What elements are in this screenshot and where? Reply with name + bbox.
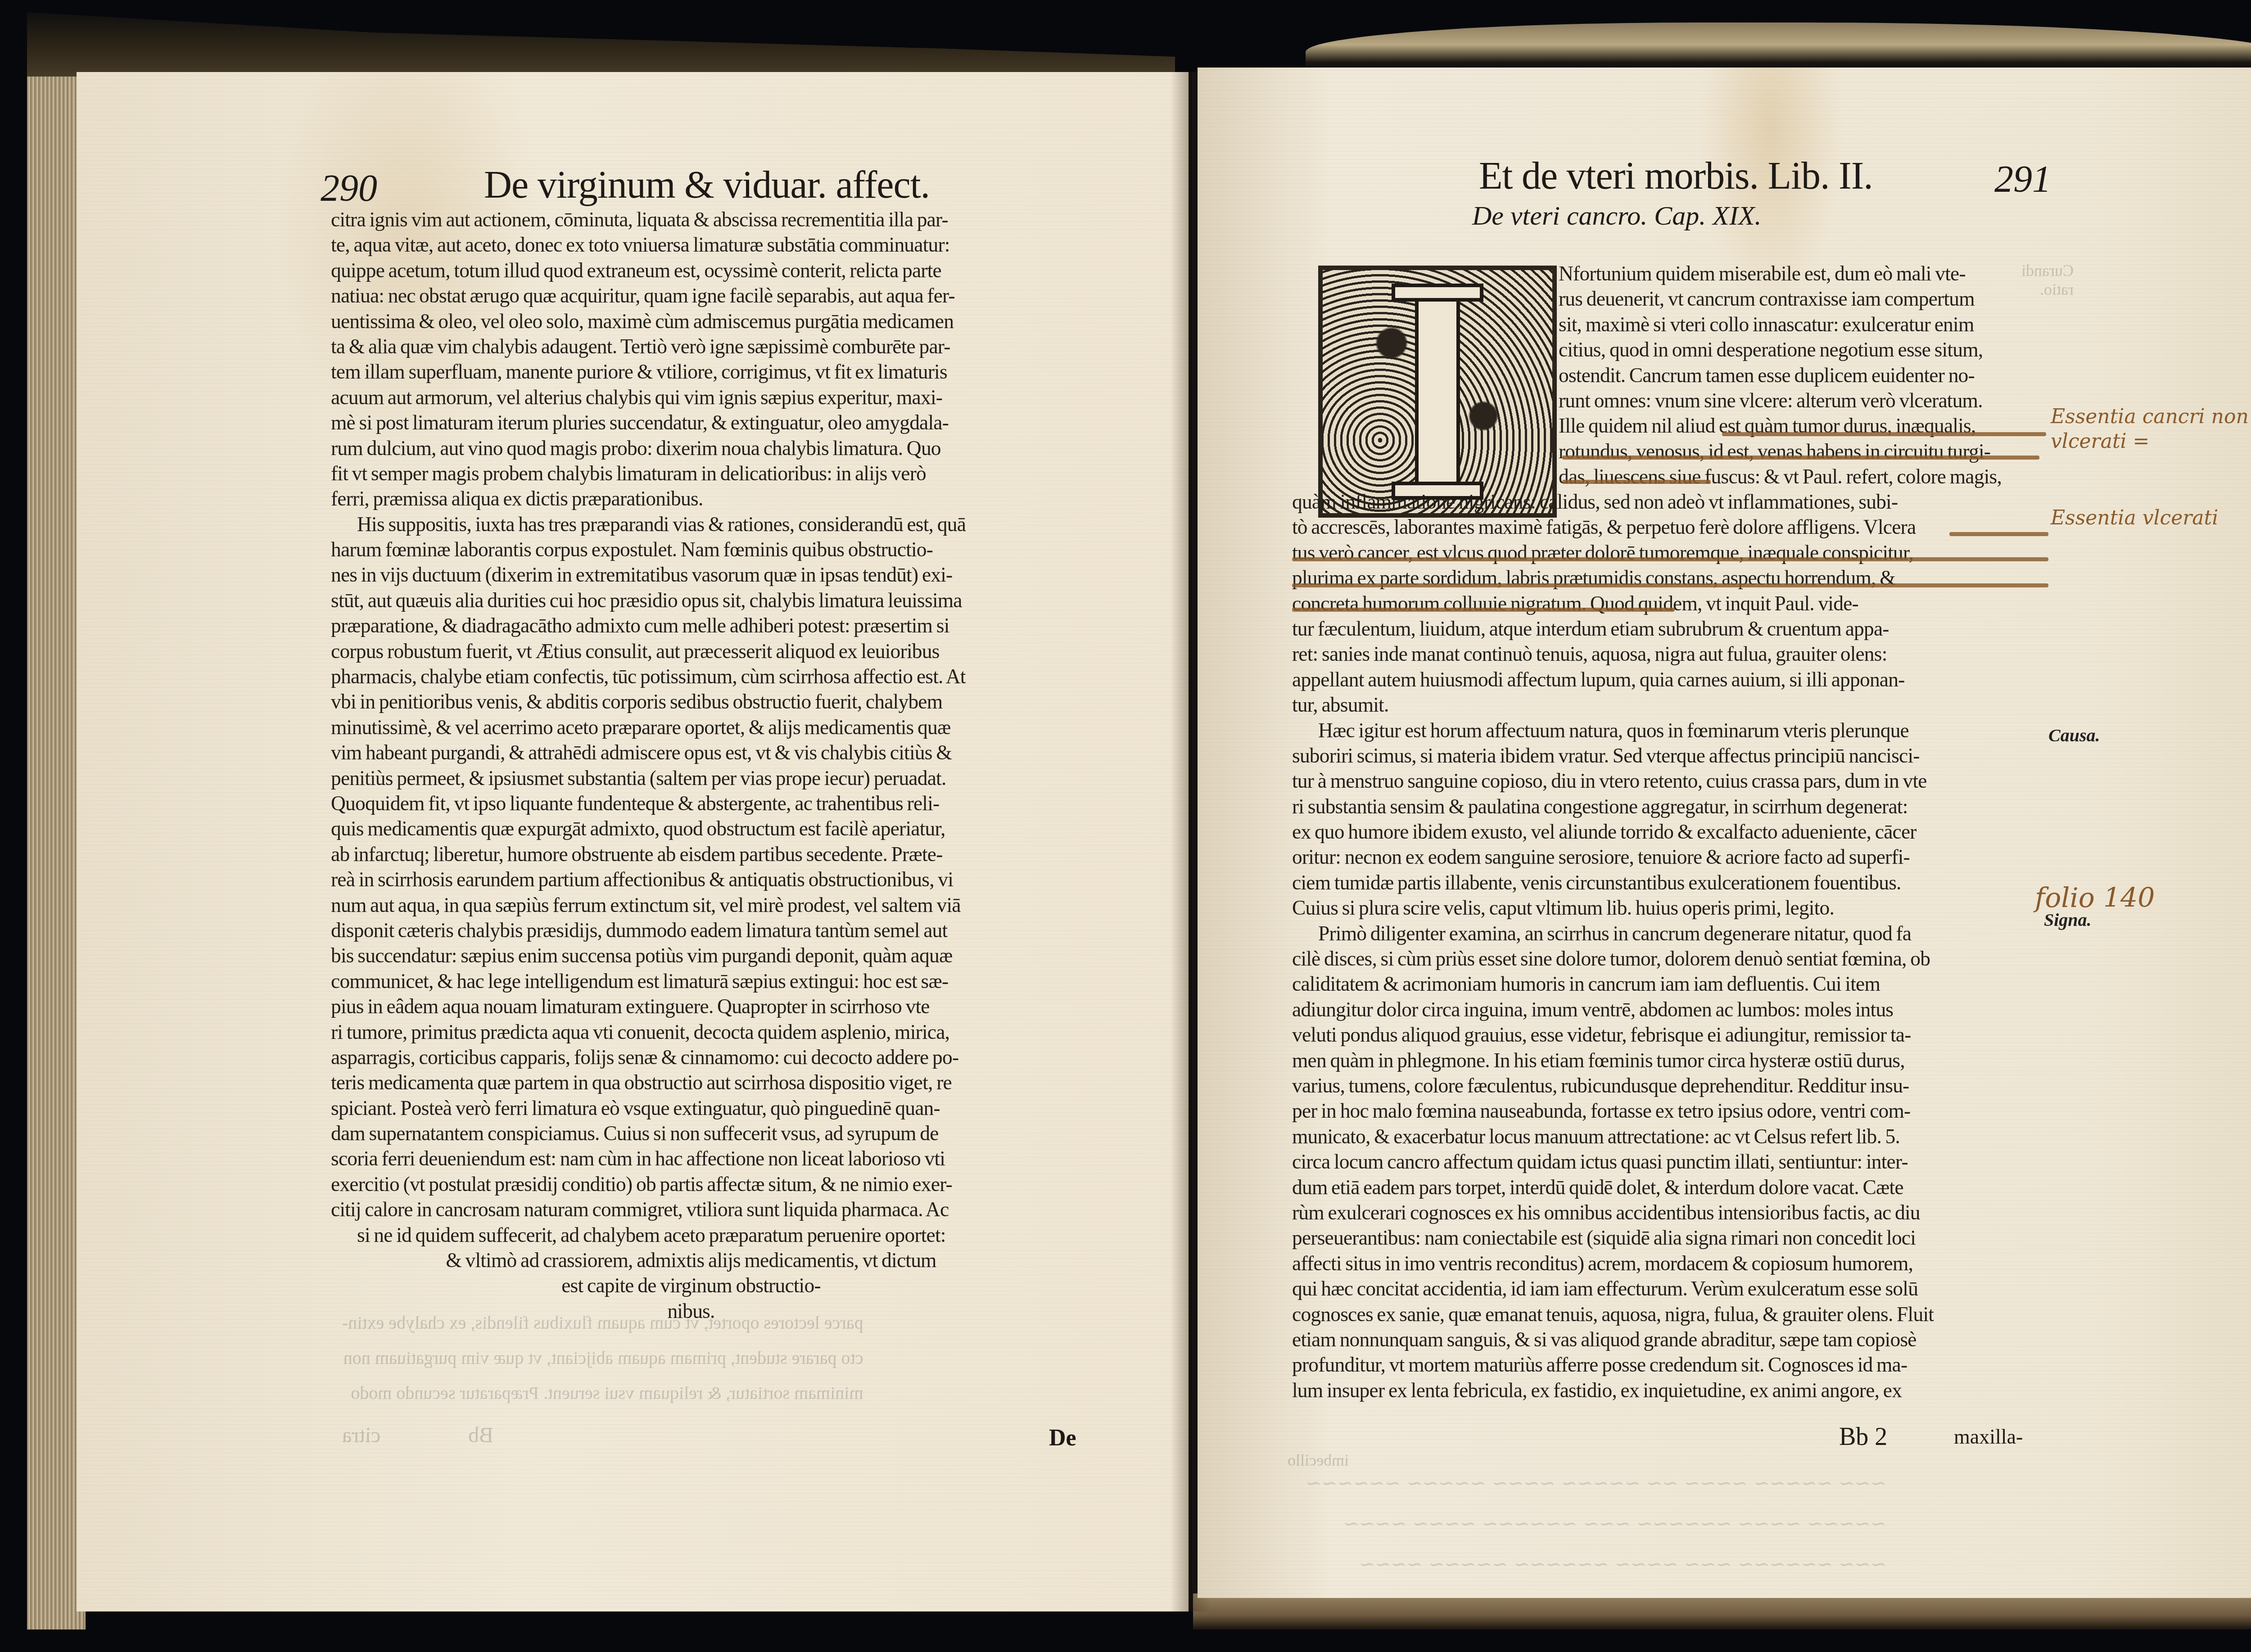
text-line: varius, tumens, colore fæculentus, rubic… (1292, 1073, 2048, 1098)
text-line: rum dulcium, aut vino quod magis probo: … (331, 436, 1051, 461)
text-line: acuum aut armorum, vel alterius chalybis… (331, 385, 1051, 410)
text-line: adiungitur dolor circa inguina, imum ven… (1292, 997, 2048, 1022)
text-line: dam supernatantem conspiciamus. Cuius si… (331, 1121, 1051, 1146)
right-page-body: quàm inflammatione nigricans: calidus, s… (1292, 489, 2048, 1403)
text-line: corpus robustum fuerit, vt Ætius consuli… (331, 639, 1051, 664)
decorated-initial-letter (1415, 284, 1460, 498)
text-line: natiua: nec obstat ærugo quæ acquiritur,… (331, 283, 1051, 308)
text-line: per in hoc malo fœmina nauseabunda, fort… (1292, 1098, 2048, 1124)
handwritten-note: vlcerati = (2051, 430, 2149, 453)
text-line: quàm inflammatione nigricans: calidus, s… (1292, 489, 2048, 515)
left-page-body: citra ignis vim aut actionem, cōminuta, … (331, 207, 1051, 1324)
text-line: men quàm in phlegmone. In his etiam fœmi… (1292, 1048, 2048, 1073)
text-line: rus deuenerit, vt cancrum contraxisse ia… (1559, 286, 2049, 311)
text-line: runt omnes: vnum sine vlcere: alterum ve… (1559, 388, 2049, 413)
book-tail-edge (1193, 1593, 2251, 1629)
text-line: concreta humorum colluuie nigratum. Quod… (1292, 591, 2048, 616)
text-line: spiciant. Posteà verò ferri limatura eò … (331, 1096, 1051, 1121)
ink-underline (1722, 432, 2046, 436)
text-line: cognosces ex sanie, quæ emanat tenuis, a… (1292, 1302, 2048, 1327)
text-line: mè si post limaturam iterum pluries succ… (331, 410, 1051, 435)
text-line: quippe acetum, totum illud quod extraneu… (331, 258, 1051, 283)
running-head-right: Et de vteri morbis. Lib. II. (1479, 153, 1873, 198)
text-line: tur à menstruo sanguine copioso, diu in … (1292, 768, 2048, 794)
text-line: etiam nonnunquam sanguis, & si vas aliqu… (1292, 1327, 2048, 1352)
text-line: communicet, & hac lege intelligendum est… (331, 969, 1051, 994)
text-line: Nfortunium quidem miserabile est, dum eò… (1559, 261, 2049, 286)
chapter-title: De vteri cancro. Cap. XIX. (1472, 200, 1762, 231)
text-line: vbi in penitioribus venis, & abditis cor… (331, 689, 1051, 714)
text-line: ex quo humore ibidem exusto, vel aliunde… (1292, 819, 2048, 844)
handwritten-note: Essentia cancri non (2051, 405, 2249, 428)
text-line: ri substantia sensim & paulatina congest… (1292, 794, 2048, 819)
text-line: exercitio (vt postulat præsidij conditio… (331, 1172, 1051, 1197)
printed-margin-note-causa: Causa. (2048, 725, 2100, 746)
ink-underline (1292, 557, 2048, 561)
text-line: stūt, aut quæuis alia durities cui hoc p… (331, 588, 1051, 613)
text-line: disponit cæteris chalybis præsidijs, dum… (331, 918, 1051, 943)
text-line: fit vt semper magis probem chalybis lima… (331, 461, 1051, 486)
ink-underline (1949, 532, 2048, 536)
text-line: ostendit. Cancrum tamen esse duplicem eu… (1559, 363, 2049, 388)
text-line: citius, quod in omni desperatione negoti… (1559, 337, 2049, 362)
text-line-tapered: est capite de virginum obstructio- (331, 1273, 1051, 1298)
text-line: num aut aqua, in qua sæpiùs ferrum extin… (331, 893, 1051, 918)
decorated-initial (1318, 266, 1557, 518)
book-top-edge-left (27, 0, 1175, 81)
text-line: Cuius si plura scire velis, caput vltimu… (1292, 895, 2048, 921)
text-line: bis succendatur: sæpius enim succensa po… (331, 943, 1051, 968)
text-line: te, aqua vitæ, aut aceto, donec ex toto … (331, 232, 1051, 257)
text-line: lum insuper ex lenta febricula, ex fasti… (1292, 1378, 2048, 1403)
text-line: sit, maximè si vteri collo innascatur: e… (1559, 312, 2049, 337)
text-line: profunditur, vt mortem maturiùs afferre … (1292, 1352, 2048, 1377)
show-through-signature: Bb (468, 1418, 493, 1453)
page-number-left: 290 (321, 167, 377, 210)
text-line: ciem tumidæ partis illabente, venis circ… (1292, 870, 2048, 895)
text-line: municato, & exacerbatur locus manuum att… (1292, 1124, 2048, 1149)
show-through-pencil-notes: ~~~ ~~~~~ ~~~~ ~~ ~~~~~ ~~~~ ~~~~~ ~~~~~… (1306, 1463, 1886, 1584)
text-line: veluti pondus aliquod grauius, esse vide… (1292, 1022, 2048, 1047)
text-line: harum fœminæ laborantis corpus expostule… (331, 537, 1051, 562)
text-line: minutissimè, & vel acerrimo aceto præpar… (331, 715, 1051, 740)
catchword-right: maxilla- (1954, 1425, 2023, 1449)
handwritten-folio-reference: folio 140 (2035, 882, 2155, 914)
text-line: scoria ferri deueniendum est: nam cùm in… (331, 1146, 1051, 1171)
signature-mark: Bb 2 (1839, 1422, 1887, 1451)
text-line: si ne id quidem suffecerit, ad chalybem … (331, 1223, 1051, 1248)
ink-underline (1562, 480, 1711, 484)
text-line: quis medicamentis quæ expurgāt admixto, … (331, 816, 1051, 841)
text-line: appellant autem huiusmodi affectum lupum… (1292, 667, 2048, 692)
page-number-right: 291 (1994, 158, 2051, 201)
text-line: vim habeant purgandi, & attrahēdi admisc… (331, 740, 1051, 765)
show-through-line: minimam sortiatur, & reliquam vsui serue… (342, 1376, 863, 1411)
show-through-catchword: citra (342, 1418, 380, 1453)
text-line: affecti situs in imo ventris reconditus)… (1292, 1251, 2048, 1276)
text-line: Primò diligenter examina, an scirrhus in… (1292, 921, 2048, 946)
text-line: uentissima & oleo, vel oleo solo, maximè… (331, 309, 1051, 334)
text-line: tus verò cancer, est vlcus quod præter d… (1292, 540, 2048, 565)
text-line: citra ignis vim aut actionem, cōminuta, … (331, 207, 1051, 232)
text-line: Hæc igitur est horum affectuum natura, q… (1292, 718, 2048, 743)
book-top-edge-right (1306, 23, 2251, 72)
ink-underline (1292, 583, 2048, 587)
text-line: rotundus, venosus, id est, venas habens … (1559, 439, 2049, 464)
text-line: Quoquidem fit, vt ipso liquante fundente… (331, 791, 1051, 816)
text-line: tem illam superfluam, manente puriore & … (331, 359, 1051, 384)
text-line-tapered: nibus. (331, 1299, 1051, 1324)
show-through-line: cto parare student, primam aquam abijcia… (342, 1341, 863, 1376)
text-line: ab infarctuq; liberetur, humore obstruen… (331, 842, 1051, 867)
text-line: pius in eâdem aqua nouam limaturam extin… (331, 994, 1051, 1019)
text-line: asparragis, corticibus capparis, folijs … (331, 1045, 1051, 1070)
text-line: das, liuescens siue fuscus: & vt Paul. r… (1559, 464, 2049, 489)
text-line: reà in scirrhosis earundem partium affec… (331, 867, 1051, 892)
text-line: ferri, præmissa aliqua ex dictis præpara… (331, 486, 1051, 511)
text-line: tò accrescēs, laborantes maximè fatigās,… (1292, 515, 2048, 540)
text-line: ret: sanies inde manat continuò tenuis, … (1292, 641, 2048, 667)
text-line: oritur: necnon ex eodem sanguine serosio… (1292, 844, 2048, 870)
text-line: tur, absumit. (1292, 692, 2048, 718)
text-line: penitiùs permeet, & ipsiusmet substantia… (331, 766, 1051, 791)
text-line: præparatione, & diadragacātho admixto cu… (331, 613, 1051, 638)
text-line: nes in vijs ductuum (dixerim in extremit… (331, 562, 1051, 587)
text-line: citij calore in cancrosam naturam commig… (331, 1197, 1051, 1222)
text-line: dum etiā eadem pars torpet, interdū quid… (1292, 1175, 2048, 1200)
text-line: His suppositis, iuxta has tres præparand… (331, 512, 1051, 537)
text-line: pharmacis, chalybe etiam confectis, tūc … (331, 664, 1051, 689)
text-line: suboriri scimus, si materia ibidem vratu… (1292, 743, 2048, 768)
text-line: caliditatem & acrimoniam humoris in canc… (1292, 971, 2048, 997)
text-line-tapered: & vltimò ad crassiorem, admixtis alijs m… (331, 1248, 1051, 1273)
text-line: cilè disces, si cùm priùs esset sine dol… (1292, 946, 2048, 971)
text-line: circa locum cancro affectum quidam ictus… (1292, 1149, 2048, 1174)
ink-underline (1562, 456, 2039, 460)
running-head-left: De virginum & viduar. affect. (484, 162, 930, 207)
text-line: perseuerantibus: nam coniectabile est (s… (1292, 1225, 2048, 1250)
text-line: tur fæculentum, liuidum, atque interdum … (1292, 616, 2048, 641)
ink-underline (1292, 608, 1675, 612)
catchword-left: De (1049, 1425, 1076, 1451)
handwritten-note: Essentia vlcerati (2051, 506, 2218, 529)
text-line: ta & alia quæ vim chalybis adaugent. Ter… (331, 334, 1051, 359)
text-line: ri tumore, primitus prædicta aqua vti co… (331, 1020, 1051, 1045)
text-line: rùm exulcerari cognosces ex his omnibus … (1292, 1200, 2048, 1225)
text-line: qui hæc concitat accidentia, id iam iam … (1292, 1276, 2048, 1301)
text-line: teris medicamenta quæ partem in qua obst… (331, 1070, 1051, 1095)
